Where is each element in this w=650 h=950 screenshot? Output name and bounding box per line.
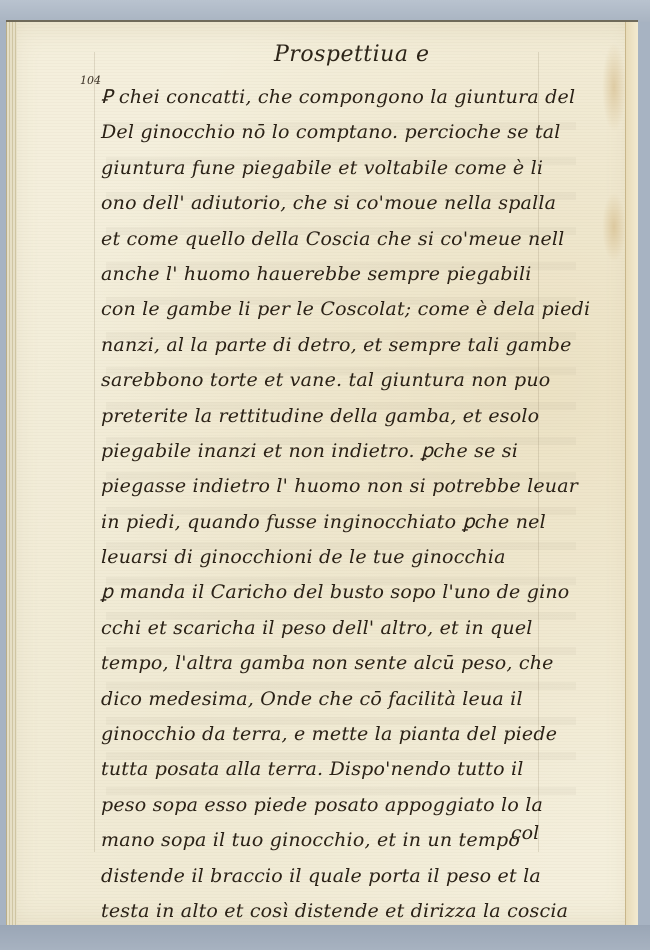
text-line: Del ginocchio nō lo comptano. percioche …	[101, 115, 591, 150]
text-line: giuntura fune piegabile et voltabile com…	[101, 151, 591, 186]
manuscript-text-block: Ꝑ chei concatti, che compongono la giunt…	[101, 80, 591, 929]
text-line: leuarsi di ginocchioni de le tue ginocch…	[101, 540, 591, 575]
text-line: Ꝑ chei concatti, che compongono la giunt…	[101, 80, 591, 115]
page-header-title: Prospettiua e	[274, 42, 429, 67]
margin-folio-note: 104	[80, 74, 101, 87]
text-line: sarebbono torte et vane. tal giuntura no…	[101, 363, 591, 398]
text-line: tutta posata alla terra. Dispo'nendo tut…	[101, 752, 591, 787]
text-line: dico medesima, Onde che cō facilità leua…	[101, 682, 591, 717]
text-line: ono dell' adiutorio, che si co'moue nell…	[101, 186, 591, 221]
scan-background-top	[0, 0, 650, 22]
text-line: con le gambe li per le Coscolat; come è …	[101, 292, 591, 327]
text-line: piegabile inanzi et non indietro. ꝑche s…	[101, 434, 591, 469]
text-line: ginocchio da terra, e mette la pianta de…	[101, 717, 591, 752]
text-line: et come quello della Coscia che si co'me…	[101, 222, 591, 257]
manuscript-page: Prospettiua e 104 Ꝑ chei concatti, che c…	[6, 20, 638, 930]
scan-background-bottom	[0, 925, 650, 950]
text-line: piegasse indietro l' huomo non si potreb…	[101, 469, 591, 504]
binding-gutter	[625, 22, 638, 928]
text-line: in piedi, quando fusse inginocchiato ꝑch…	[101, 505, 591, 540]
foxing-stain	[602, 42, 626, 132]
text-line: peso sopa esso piede posato appoggiato l…	[101, 788, 591, 823]
text-line: ꝑ manda il Caricho del busto sopo l'uno …	[101, 575, 591, 610]
text-line: tempo, l'altra gamba non sente alcū peso…	[101, 646, 591, 681]
text-line: cchi et scaricha il peso dell' altro, et…	[101, 611, 591, 646]
text-line: anche l' huomo hauerebbe sempre piegabil…	[101, 257, 591, 292]
text-line: preterite la rettitudine della gamba, et…	[101, 399, 591, 434]
margin-rule-left	[94, 52, 95, 852]
page-stack-edge	[6, 22, 17, 928]
catchword: col	[511, 822, 539, 844]
foxing-stain	[602, 192, 626, 262]
text-line: nanzi, al la parte di detro, et sempre t…	[101, 328, 591, 363]
text-line: distende il braccio il quale porta il pe…	[101, 859, 591, 894]
